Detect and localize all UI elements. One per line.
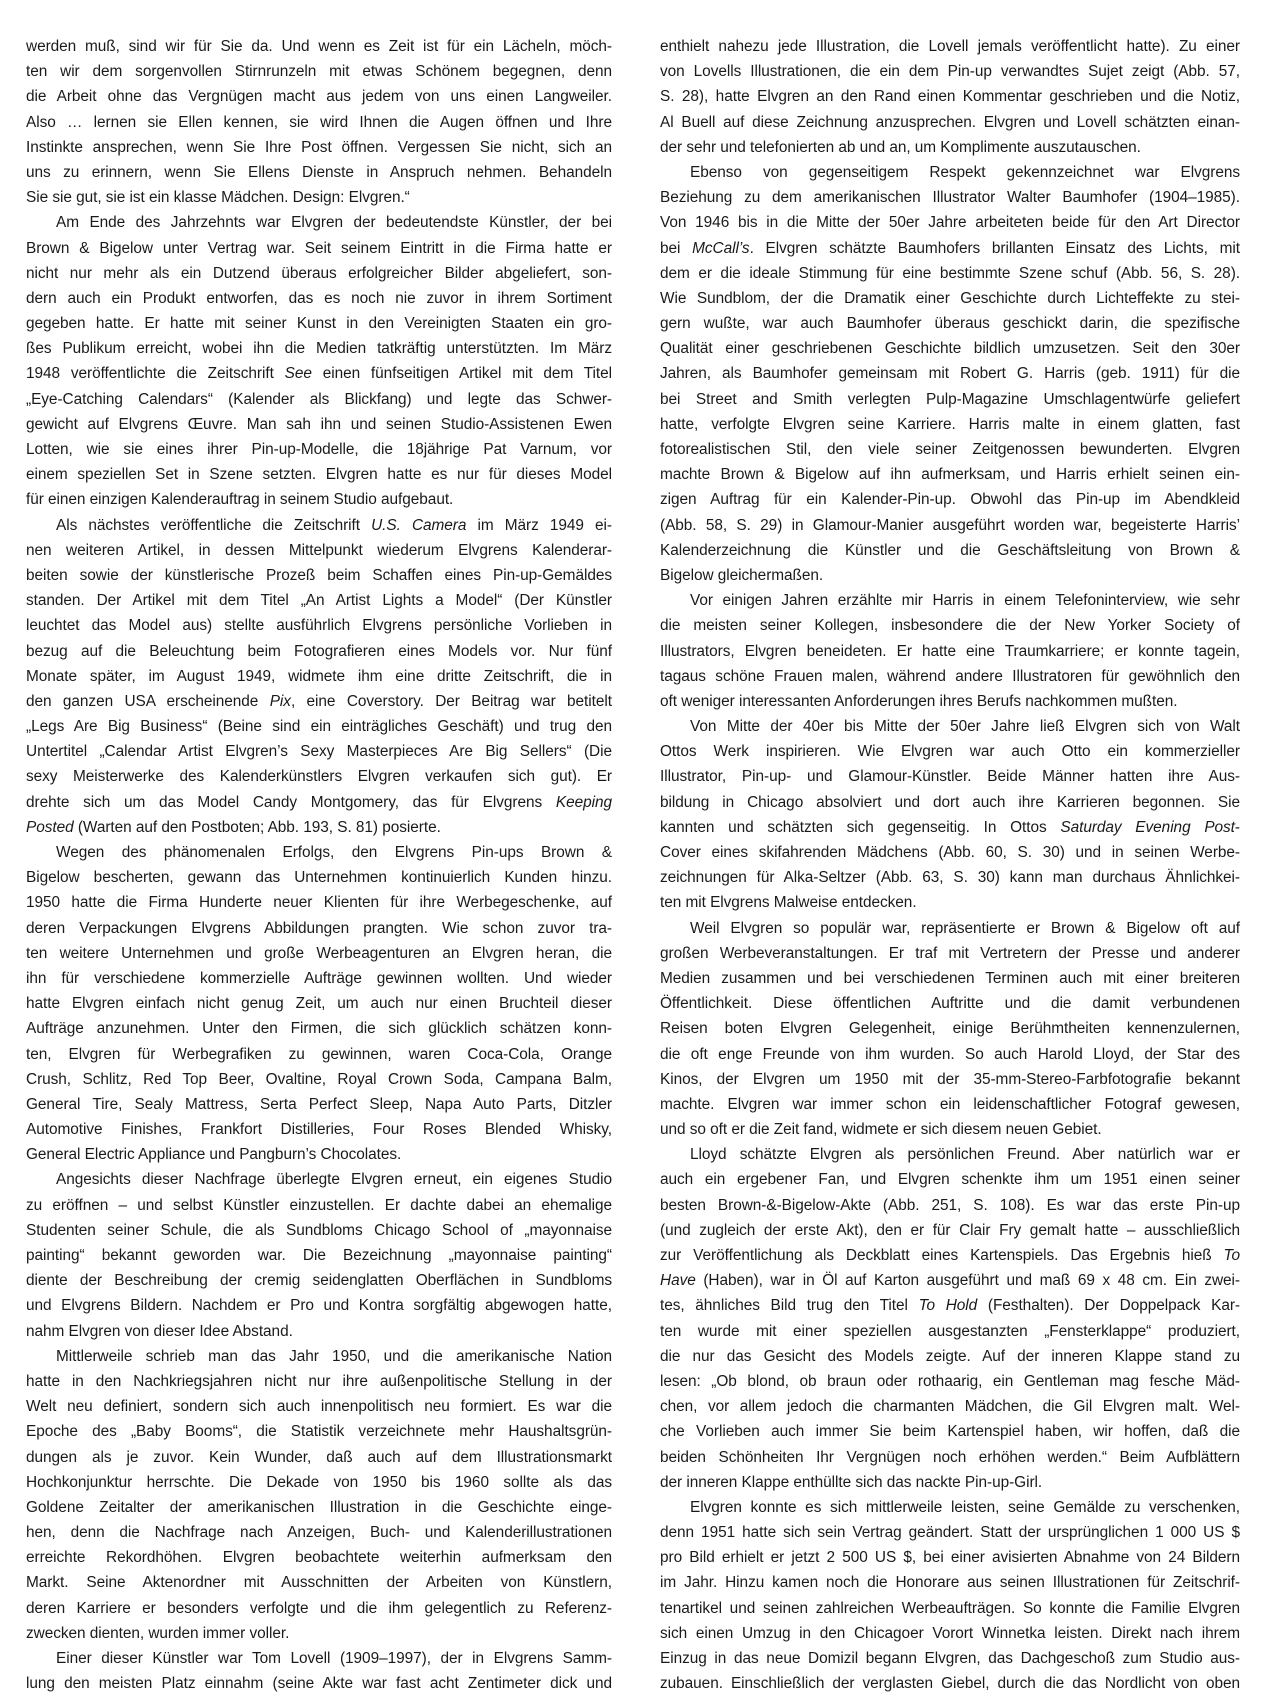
text-line: „Legs Are Big Business“ (Beine sind ein …: [26, 714, 612, 739]
text-line: gern wußte, war auch Baumhofer überaus g…: [660, 311, 1240, 336]
body-text: sich einen Umzug in den Chicagoer Vorort…: [660, 1625, 1240, 1642]
text-line: machte Brown & Bigelow auf ihn aufmerksa…: [660, 462, 1240, 487]
text-line: Einzug in das neue Domizil begann Elvgre…: [660, 1646, 1240, 1671]
text-line: Sie sie gut, sie ist ein klasse Mädchen.…: [26, 185, 612, 210]
body-text: Mittlerweile schrieb man das Jahr 1950, …: [56, 1348, 612, 1365]
text-line: die oft enge Freunde von ihm wurden. So …: [660, 1042, 1240, 1067]
paragraph-first-line: Elvgren konnte es sich mittlerweile leis…: [660, 1495, 1240, 1520]
body-text: Automotive Finishes, Frankfort Distiller…: [26, 1121, 612, 1138]
paragraph-first-line: Am Ende des Jahrzehnts war Elvgren der b…: [26, 210, 612, 235]
paragraph-first-line: Einer dieser Künstler war Tom Lovell (19…: [26, 1646, 612, 1671]
body-text: lesen: „Ob blond, ob braun oder rothaari…: [660, 1373, 1240, 1390]
italic-title-text: U.S. Camera: [371, 517, 466, 534]
body-text: Also … lernen sie Ellen kennen, sie wird…: [26, 114, 612, 131]
body-text: den ganzen USA erscheinende: [26, 693, 270, 710]
text-line: General Electric Appliance und Pangburn’…: [26, 1142, 612, 1167]
text-line: werden muß, sind wir für Sie da. Und wen…: [26, 34, 612, 59]
text-line: von Lovells Illustrationen, die ein dem …: [660, 59, 1240, 84]
text-line: bezug auf die Beleuchtung beim Fotografi…: [26, 639, 612, 664]
body-text: dungen als je zuvor. Kein Wunder, daß au…: [26, 1449, 612, 1466]
text-line: nen weiteren Artikel, in dessen Mittelpu…: [26, 538, 612, 563]
text-line: für einen einzigen Kalenderauftrag in se…: [26, 487, 612, 512]
text-line: nicht nur mehr als ein Dutzend überaus e…: [26, 261, 612, 286]
text-column-right: enthielt nahezu jede Illustration, die L…: [660, 34, 1240, 1696]
body-text: hatte Elvgren einfach nicht genug Zeit, …: [26, 995, 612, 1012]
text-column-left: werden muß, sind wir für Sie da. Und wen…: [26, 34, 612, 1696]
text-line: enthielt nahezu jede Illustration, die L…: [660, 34, 1240, 59]
body-text: Brown & Bigelow unter Vertrag war. Seit …: [26, 240, 612, 257]
body-text: großen Werbeveranstaltungen. Er traf mit…: [660, 945, 1240, 962]
body-text: Illustrators, Elvgren beneideten. Er hat…: [660, 643, 1240, 660]
text-line: deren Karriere er besonders verfolgte un…: [26, 1596, 612, 1621]
body-text: erreichte Rekordhöhen. Elvgren beobachte…: [26, 1549, 612, 1566]
body-text: (und zugleich der erste Akt), den er für…: [660, 1222, 1240, 1239]
body-text: painting“ bekannt geworden war. Die Beze…: [26, 1247, 612, 1264]
text-line: nahm Elvgren von dieser Idee Abstand.: [26, 1319, 612, 1344]
text-line: Brown & Bigelow unter Vertrag war. Seit …: [26, 236, 612, 261]
body-text: Sie sie gut, sie ist ein klasse Mädchen.…: [26, 189, 410, 206]
body-text: einem speziellen Set in Szene setzten. E…: [26, 466, 612, 483]
text-line: dungen als je zuvor. Kein Wunder, daß au…: [26, 1445, 612, 1470]
body-text: besten Brown-&-Bigelow-Akte (Abb. 251, S…: [660, 1197, 1240, 1214]
text-line: beiten sowie der künstlerische Prozeß be…: [26, 563, 612, 588]
body-text: Lotten, wie sie eines ihrer Pin-up-Model…: [26, 441, 612, 458]
italic-title-text: McCall’s: [692, 240, 749, 257]
text-line: einem speziellen Set in Szene setzten. E…: [26, 462, 612, 487]
body-text: deren Karriere er besonders verfolgte un…: [26, 1600, 612, 1617]
text-line: standen. Der Artikel mit dem Titel „An A…: [26, 588, 612, 613]
body-text: tagaus schöne Frauen malen, während ande…: [660, 668, 1240, 685]
body-text: ihn für verschiedene kommerzielle Aufträ…: [26, 970, 612, 987]
text-line: Untertitel „Calendar Artist Elvgren’s Se…: [26, 739, 612, 764]
text-line: ßes Publikum erreicht, wobei ihn die Med…: [26, 336, 612, 361]
body-text: nen weiteren Artikel, in dessen Mittelpu…: [26, 542, 612, 559]
body-text: Elvgren konnte es sich mittlerweile leis…: [690, 1499, 1240, 1516]
body-text: und so oft er die Zeit fand, widmete er …: [660, 1121, 1102, 1138]
body-text: diente der Beschreibung der cremig seide…: [26, 1272, 612, 1289]
text-line: Goldene Zeitalter der amerikanischen Ill…: [26, 1495, 612, 1520]
italic-title-text: Have: [660, 1272, 696, 1289]
text-line: chen, vor allem jedoch die charmanten Mä…: [660, 1394, 1240, 1419]
body-text: der sehr und telefonierten ab und an, um…: [660, 139, 1141, 156]
body-text: dem er die ideale Stimmung für eine best…: [660, 265, 1240, 282]
text-line: der sehr und telefonierten ab und an, um…: [660, 135, 1240, 160]
body-text: Qualität einer geschriebenen Geschichte …: [660, 340, 1240, 357]
italic-title-text: Posted: [26, 819, 74, 836]
body-text: nahm Elvgren von dieser Idee Abstand.: [26, 1323, 293, 1340]
body-text: lung den meisten Platz einnahm (seine Ak…: [26, 1675, 612, 1692]
body-text: Crush, Schlitz, Red Top Beer, Ovaltine, …: [26, 1071, 612, 1088]
body-text: leuchtet das Model aus) stellte ausführl…: [26, 617, 612, 634]
body-text: Ebenso von gegenseitigem Respekt gekennz…: [690, 164, 1240, 181]
body-text: zubauen. Einschließlich der verglasten G…: [660, 1675, 1240, 1692]
body-text: Angesichts dieser Nachfrage überlegte El…: [56, 1171, 612, 1188]
body-text: Welt neu definiert, sondern sich auch in…: [26, 1398, 612, 1415]
paragraph-first-line: Als nächstes veröffentliche die Zeitschr…: [26, 513, 612, 538]
text-line: den ganzen USA erscheinende Pix, eine Co…: [26, 689, 612, 714]
text-line: hatte, verfolgte Elvgren seine Karriere.…: [660, 412, 1240, 437]
body-text: Reisen boten Elvgren Gelegenheit, einige…: [660, 1020, 1240, 1037]
body-text: im Jahr. Hinzu kamen noch die Honorare a…: [660, 1574, 1240, 1591]
body-text: drehte sich um das Model Candy Montgomer…: [26, 794, 556, 811]
text-line: Illustrator, Pin-up- und Glamour-Künstle…: [660, 764, 1240, 789]
italic-title-text: See: [285, 365, 312, 382]
text-line: tenartikel und seinen zahlreichen Werbea…: [660, 1596, 1240, 1621]
text-line: ten wir dem sorgenvollen Stirnrunzeln mi…: [26, 59, 612, 84]
body-text: Ottos Werk inspirieren. Wie Elvgren war …: [660, 743, 1240, 760]
text-line: bildung in Chicago absolviert und dort a…: [660, 790, 1240, 815]
paragraph-first-line: Vor einigen Jahren erzählte mir Harris i…: [660, 588, 1240, 613]
text-line: Cover eines skifahrenden Mädchens (Abb. …: [660, 840, 1240, 865]
italic-title-text: To: [1224, 1247, 1240, 1264]
body-text: Markt. Seine Aktenordner mit Ausschnitte…: [26, 1574, 612, 1591]
text-line: zubauen. Einschließlich der verglasten G…: [660, 1671, 1240, 1696]
italic-title-text: Pix: [270, 693, 291, 710]
body-text: ten mit Elvgrens Malweise entdecken.: [660, 894, 917, 911]
body-text: zigen Auftrag für ein Kalender-Pin-up. O…: [660, 491, 1240, 508]
text-line: Welt neu definiert, sondern sich auch in…: [26, 1394, 612, 1419]
text-line: deren Verpackungen Elvgrens Abbildungen …: [26, 916, 612, 941]
text-line: drehte sich um das Model Candy Montgomer…: [26, 790, 612, 815]
body-text: (Haben), war in Öl auf Karton ausgeführt…: [696, 1272, 1240, 1289]
text-line: pro Bild erhielt er jetzt 2 500 US $, be…: [660, 1545, 1240, 1570]
body-text: Illustrator, Pin-up- und Glamour-Künstle…: [660, 768, 1240, 785]
text-line: Monate später, im August 1949, widmete i…: [26, 664, 612, 689]
body-text: hatte in den Nachkriegsjahren nicht nur …: [26, 1373, 612, 1390]
body-text: Epoche des „Baby Booms“, die Statistik v…: [26, 1423, 612, 1440]
body-text: S. 28), hatte Elvgren an den Rand einen …: [660, 88, 1240, 105]
body-text: -: [1235, 819, 1240, 836]
body-text: 1950 hatte die Firma Hunderte neuer Klie…: [26, 894, 612, 911]
body-text: Beziehung zu dem amerikanischen Illustra…: [660, 189, 1240, 206]
text-line: beiden Schönheiten Ihr Vergnügen noch er…: [660, 1445, 1240, 1470]
body-text: , eine Coverstory. Der Beitrag war betit…: [291, 693, 612, 710]
text-line: zigen Auftrag für ein Kalender-Pin-up. O…: [660, 487, 1240, 512]
text-line: großen Werbeveranstaltungen. Er traf mit…: [660, 941, 1240, 966]
text-line: Al Buell auf diese Zeichnung anzuspreche…: [660, 110, 1240, 135]
text-line: Also … lernen sie Ellen kennen, sie wird…: [26, 110, 612, 135]
text-line: „Eye-Catching Calendars“ (Kalender als B…: [26, 387, 612, 412]
body-text: uns zu erinnern, wenn Sie Ellens Dienste…: [26, 164, 612, 181]
text-line: painting“ bekannt geworden war. Die Beze…: [26, 1243, 612, 1268]
text-line: Jahren, als Baumhofer gemeinsam mit Robe…: [660, 361, 1240, 386]
body-text: Hochkonjunktur herrschte. Die Dekade von…: [26, 1474, 612, 1491]
text-line: Aufträge anzunehmen. Unter den Firmen, d…: [26, 1016, 612, 1041]
body-text: die meisten seiner Kollegen, insbesonder…: [660, 617, 1240, 634]
body-text: Einzug in das neue Domizil begann Elvgre…: [660, 1650, 1240, 1667]
body-text: bei Street and Smith verlegten Pulp-Maga…: [660, 391, 1240, 408]
body-text: Einer dieser Künstler war Tom Lovell (19…: [56, 1650, 612, 1667]
text-line: ten mit Elvgrens Malweise entdecken.: [660, 890, 1240, 915]
text-line: (und zugleich der erste Akt), den er für…: [660, 1218, 1240, 1243]
text-line: Öffentlichkeit. Diese öffentlichen Auftr…: [660, 991, 1240, 1016]
italic-title-text: Keeping: [556, 794, 612, 811]
body-text: Vor einigen Jahren erzählte mir Harris i…: [690, 592, 1240, 609]
body-text: im März 1949 ei-: [466, 517, 612, 534]
body-text: einen fünfseitigen Artikel mit dem Titel: [312, 365, 612, 382]
body-text: Medien zusammen und bei verschiedenen Te…: [660, 970, 1240, 987]
text-line: die Arbeit ohne das Vergnügen macht aus …: [26, 84, 612, 109]
body-text: Kinos, der Elvgren um 1950 mit der 35-mm…: [660, 1071, 1240, 1088]
body-text: „Eye-Catching Calendars“ (Kalender als B…: [26, 391, 612, 408]
text-line: denn 1951 hatte sich sein Vertrag geände…: [660, 1520, 1240, 1545]
body-text: Cover eines skifahrenden Mädchens (Abb. …: [660, 844, 1240, 861]
body-text: zwecken dienten, wurden immer voller.: [26, 1625, 289, 1642]
text-line: hatte Elvgren einfach nicht genug Zeit, …: [26, 991, 612, 1016]
body-text: gegeben hatte. Er hatte mit seiner Kunst…: [26, 315, 612, 332]
text-line: 1948 veröffentlichte die Zeitschrift See…: [26, 361, 612, 386]
text-line: zwecken dienten, wurden immer voller.: [26, 1621, 612, 1646]
text-line: und Elvgrens Bildern. Nachdem er Pro und…: [26, 1293, 612, 1318]
paragraph-first-line: Wegen des phänomenalen Erfolgs, den Elvg…: [26, 840, 612, 865]
text-line: Instinkte ansprechen, wenn Sie Ihre Post…: [26, 135, 612, 160]
text-line: Have (Haben), war in Öl auf Karton ausge…: [660, 1268, 1240, 1293]
text-line: sexy Meisterwerke des Kalenderkünstlers …: [26, 764, 612, 789]
text-line: Markt. Seine Aktenordner mit Ausschnitte…: [26, 1570, 612, 1595]
body-text: ten, Elvgren für Werbegrafiken zu gewinn…: [26, 1046, 612, 1063]
text-line: und so oft er die Zeit fand, widmete er …: [660, 1117, 1240, 1142]
text-line: der inneren Klappe enthüllte sich das na…: [660, 1470, 1240, 1495]
body-text: für einen einzigen Kalenderauftrag in se…: [26, 491, 453, 508]
body-text: Weil Elvgren so populär war, repräsentie…: [690, 920, 1240, 937]
body-text: ten weitere Unternehmen und große Werbea…: [26, 945, 612, 962]
body-text: machte. Elvgren war immer schon ein leid…: [660, 1096, 1240, 1113]
text-line: kannten und schätzten sich gegenseitig. …: [660, 815, 1240, 840]
body-text: nicht nur mehr als ein Dutzend überaus e…: [26, 265, 612, 282]
body-text: dern auch ein Produkt entworfen, das es …: [26, 290, 612, 307]
paragraph-first-line: Von Mitte der 40er bis Mitte der 50er Ja…: [660, 714, 1240, 739]
text-line: bei McCall’s. Elvgren schätzte Baumhofer…: [660, 236, 1240, 261]
body-text: deren Verpackungen Elvgrens Abbildungen …: [26, 920, 612, 937]
text-line: uns zu erinnern, wenn Sie Ellens Dienste…: [26, 160, 612, 185]
body-text: und Elvgrens Bildern. Nachdem er Pro und…: [26, 1297, 612, 1314]
body-text: ten wir dem sorgenvollen Stirnrunzeln mi…: [26, 63, 612, 80]
body-text: bei: [660, 240, 692, 257]
text-line: Kinos, der Elvgren um 1950 mit der 35-mm…: [660, 1067, 1240, 1092]
body-text: Kalenderzeichnung die Künstler und die G…: [660, 542, 1240, 559]
body-text: Jahren, als Baumhofer gemeinsam mit Robe…: [660, 365, 1240, 382]
document-page: werden muß, sind wir für Sie da. Und wen…: [0, 0, 1280, 1699]
text-line: dern auch ein Produkt entworfen, das es …: [26, 286, 612, 311]
text-line: Crush, Schlitz, Red Top Beer, Ovaltine, …: [26, 1067, 612, 1092]
text-line: erreichte Rekordhöhen. Elvgren beobachte…: [26, 1545, 612, 1570]
text-line: Von 1946 bis in die Mitte der 50er Jahre…: [660, 210, 1240, 235]
body-text: zur Veröffentlichung als Deckblatt eines…: [660, 1247, 1224, 1264]
body-text: auch ein ergebener Fan, und Elvgren sche…: [660, 1171, 1240, 1188]
body-text: Goldene Zeitalter der amerikanischen Ill…: [26, 1499, 612, 1516]
body-text: Als nächstes veröffentliche die Zeitschr…: [56, 517, 371, 534]
body-text: zeichnungen für Alka-Seltzer (Abb. 63, S…: [660, 869, 1240, 886]
body-text: die nur das Gesicht des Models zeigte. A…: [660, 1348, 1240, 1365]
body-text: von Lovells Illustrationen, die ein dem …: [660, 63, 1240, 80]
text-line: Epoche des „Baby Booms“, die Statistik v…: [26, 1419, 612, 1444]
text-line: besten Brown-&-Bigelow-Akte (Abb. 251, S…: [660, 1193, 1240, 1218]
text-line: Qualität einer geschriebenen Geschichte …: [660, 336, 1240, 361]
text-line: hen, denn die Nachfrage nach Anzeigen, B…: [26, 1520, 612, 1545]
body-text: ßes Publikum erreicht, wobei ihn die Med…: [26, 340, 612, 357]
text-line: Bigelow gleichermaßen.: [660, 563, 1240, 588]
text-line: im Jahr. Hinzu kamen noch die Honorare a…: [660, 1570, 1240, 1595]
body-text: Am Ende des Jahrzehnts war Elvgren der b…: [56, 214, 612, 231]
italic-title-text: To Hold: [919, 1297, 978, 1314]
text-line: ten wurde mit einer speziellen ausgestan…: [660, 1319, 1240, 1344]
text-line: die nur das Gesicht des Models zeigte. A…: [660, 1344, 1240, 1369]
body-text: Monate später, im August 1949, widmete i…: [26, 668, 612, 685]
body-text: (Abb. 58, S. 29) in Glamour-Manier ausge…: [660, 517, 1240, 534]
body-text: tenartikel und seinen zahlreichen Werbea…: [660, 1600, 1240, 1617]
text-line: zu eröffnen – und selbst Künstler einzus…: [26, 1193, 612, 1218]
body-text: bildung in Chicago absolviert und dort a…: [660, 794, 1240, 811]
text-line: Lotten, wie sie eines ihrer Pin-up-Model…: [26, 437, 612, 462]
body-text: zu eröffnen – und selbst Künstler einzus…: [26, 1197, 612, 1214]
body-text: Wie Sundblom, der die Dramatik einer Ges…: [660, 290, 1240, 307]
text-line: tagaus schöne Frauen malen, während ande…: [660, 664, 1240, 689]
text-line: Bigelow bescherten, gewann das Unternehm…: [26, 865, 612, 890]
paragraph-first-line: Lloyd schätzte Elvgren als persönlichen …: [660, 1142, 1240, 1167]
body-text: sexy Meisterwerke des Kalenderkünstlers …: [26, 768, 612, 785]
text-line: Hochkonjunktur herrschte. Die Dekade von…: [26, 1470, 612, 1495]
paragraph-first-line: Angesichts dieser Nachfrage überlegte El…: [26, 1167, 612, 1192]
text-line: tes, ähnliches Bild trug den Titel To Ho…: [660, 1293, 1240, 1318]
text-line: Studenten seiner Schule, die als Sundblo…: [26, 1218, 612, 1243]
body-text: bezug auf die Beleuchtung beim Fotografi…: [26, 643, 612, 660]
body-text: Öffentlichkeit. Diese öffentlichen Auftr…: [660, 995, 1240, 1012]
text-line: auch ein ergebener Fan, und Elvgren sche…: [660, 1167, 1240, 1192]
text-line: gewicht auf Elvgrens Œuvre. Man sah ihn …: [26, 412, 612, 437]
body-text: 1948 veröffentlichte die Zeitschrift: [26, 365, 285, 382]
text-line: Kalenderzeichnung die Künstler und die G…: [660, 538, 1240, 563]
body-text: gewicht auf Elvgrens Œuvre. Man sah ihn …: [26, 416, 612, 433]
text-line: Beziehung zu dem amerikanischen Illustra…: [660, 185, 1240, 210]
text-line: Illustrators, Elvgren beneideten. Er hat…: [660, 639, 1240, 664]
text-line: gegeben hatte. Er hatte mit seiner Kunst…: [26, 311, 612, 336]
text-line: sich einen Umzug in den Chicagoer Vorort…: [660, 1621, 1240, 1646]
text-line: Medien zusammen und bei verschiedenen Te…: [660, 966, 1240, 991]
body-text: che Vorlieben auch immer Sie beim Karten…: [660, 1423, 1240, 1440]
paragraph-first-line: Weil Elvgren so populär war, repräsentie…: [660, 916, 1240, 941]
text-line: leuchtet das Model aus) stellte ausführl…: [26, 613, 612, 638]
text-line: lesen: „Ob blond, ob braun oder rothaari…: [660, 1369, 1240, 1394]
body-text: Von Mitte der 40er bis Mitte der 50er Ja…: [690, 718, 1240, 735]
body-text: ten wurde mit einer speziellen ausgestan…: [660, 1323, 1240, 1340]
body-text: tes, ähnliches Bild trug den Titel: [660, 1297, 919, 1314]
text-line: oft weniger interessanten Anforderungen …: [660, 689, 1240, 714]
text-line: dem er die ideale Stimmung für eine best…: [660, 261, 1240, 286]
body-text: Bigelow bescherten, gewann das Unternehm…: [26, 869, 612, 886]
text-line: (Abb. 58, S. 29) in Glamour-Manier ausge…: [660, 513, 1240, 538]
text-line: zur Veröffentlichung als Deckblatt eines…: [660, 1243, 1240, 1268]
text-line: fotorealistischen Stil, den viele seiner…: [660, 437, 1240, 462]
text-line: S. 28), hatte Elvgren an den Rand einen …: [660, 84, 1240, 109]
text-line: die meisten seiner Kollegen, insbesonder…: [660, 613, 1240, 638]
body-text: Bigelow gleichermaßen.: [660, 567, 823, 584]
text-line: bei Street and Smith verlegten Pulp-Maga…: [660, 387, 1240, 412]
text-line: che Vorlieben auch immer Sie beim Karten…: [660, 1419, 1240, 1444]
body-text: General Electric Appliance und Pangburn’…: [26, 1146, 401, 1163]
body-text: . Elvgren schätzte Baumhofers brillanten…: [750, 240, 1240, 257]
text-line: zeichnungen für Alka-Seltzer (Abb. 63, S…: [660, 865, 1240, 890]
body-text: Studenten seiner Schule, die als Sundblo…: [26, 1222, 612, 1239]
text-line: ten weitere Unternehmen und große Werbea…: [26, 941, 612, 966]
body-text: die oft enge Freunde von ihm wurden. So …: [660, 1046, 1240, 1063]
body-text: machte Brown & Bigelow auf ihn aufmerksa…: [660, 466, 1240, 483]
body-text: Aufträge anzunehmen. Unter den Firmen, d…: [26, 1020, 612, 1037]
body-text: denn 1951 hatte sich sein Vertrag geände…: [660, 1524, 1240, 1541]
body-text: oft weniger interessanten Anforderungen …: [660, 693, 1177, 710]
text-line: Reisen boten Elvgren Gelegenheit, einige…: [660, 1016, 1240, 1041]
text-line: 1950 hatte die Firma Hunderte neuer Klie…: [26, 890, 612, 915]
body-text: kannten und schätzten sich gegenseitig. …: [660, 819, 1060, 836]
text-line: Ottos Werk inspirieren. Wie Elvgren war …: [660, 739, 1240, 764]
body-text: der inneren Klappe enthüllte sich das na…: [660, 1474, 1042, 1491]
body-text: Von 1946 bis in die Mitte der 50er Jahre…: [660, 214, 1240, 231]
body-text: standen. Der Artikel mit dem Titel „An A…: [26, 592, 612, 609]
text-line: ihn für verschiedene kommerzielle Aufträ…: [26, 966, 612, 991]
body-text: (Festhalten). Der Doppelpack Kar-: [977, 1297, 1240, 1314]
body-text: hen, denn die Nachfrage nach Anzeigen, B…: [26, 1524, 612, 1541]
body-text: „Legs Are Big Business“ (Beine sind ein …: [26, 718, 612, 735]
body-text: werden muß, sind wir für Sie da. Und wen…: [26, 38, 612, 55]
text-line: Posted (Warten auf den Postboten; Abb. 1…: [26, 815, 612, 840]
text-line: machte. Elvgren war immer schon ein leid…: [660, 1092, 1240, 1117]
text-line: ten, Elvgren für Werbegrafiken zu gewinn…: [26, 1042, 612, 1067]
text-line: hatte in den Nachkriegsjahren nicht nur …: [26, 1369, 612, 1394]
italic-title-text: Saturday Evening Post: [1060, 819, 1235, 836]
paragraph-first-line: Ebenso von gegenseitigem Respekt gekennz…: [660, 160, 1240, 185]
body-text: Al Buell auf diese Zeichnung anzuspreche…: [660, 114, 1240, 131]
body-text: chen, vor allem jedoch die charmanten Mä…: [660, 1398, 1240, 1415]
body-text: Wegen des phänomenalen Erfolgs, den Elvg…: [56, 844, 612, 861]
body-text: gern wußte, war auch Baumhofer überaus g…: [660, 315, 1240, 332]
text-line: diente der Beschreibung der cremig seide…: [26, 1268, 612, 1293]
body-text: fotorealistischen Stil, den viele seiner…: [660, 441, 1240, 458]
text-line: General Tire, Sealy Mattress, Serta Perf…: [26, 1092, 612, 1117]
body-text: (Warten auf den Postboten; Abb. 193, S. …: [74, 819, 441, 836]
body-text: die Arbeit ohne das Vergnügen macht aus …: [26, 88, 612, 105]
body-text: enthielt nahezu jede Illustration, die L…: [660, 38, 1240, 55]
body-text: pro Bild erhielt er jetzt 2 500 US $, be…: [660, 1549, 1240, 1566]
body-text: beiten sowie der künstlerische Prozeß be…: [26, 567, 612, 584]
body-text: Untertitel „Calendar Artist Elvgren’s Se…: [26, 743, 612, 760]
text-line: Automotive Finishes, Frankfort Distiller…: [26, 1117, 612, 1142]
body-text: General Tire, Sealy Mattress, Serta Perf…: [26, 1096, 612, 1113]
paragraph-first-line: Mittlerweile schrieb man das Jahr 1950, …: [26, 1344, 612, 1369]
body-text: hatte, verfolgte Elvgren seine Karriere.…: [660, 416, 1240, 433]
body-text: beiden Schönheiten Ihr Vergnügen noch er…: [660, 1449, 1240, 1466]
text-line: lung den meisten Platz einnahm (seine Ak…: [26, 1671, 612, 1696]
body-text: Lloyd schätzte Elvgren als persönlichen …: [690, 1146, 1240, 1163]
text-line: Wie Sundblom, der die Dramatik einer Ges…: [660, 286, 1240, 311]
body-text: Instinkte ansprechen, wenn Sie Ihre Post…: [26, 139, 612, 156]
